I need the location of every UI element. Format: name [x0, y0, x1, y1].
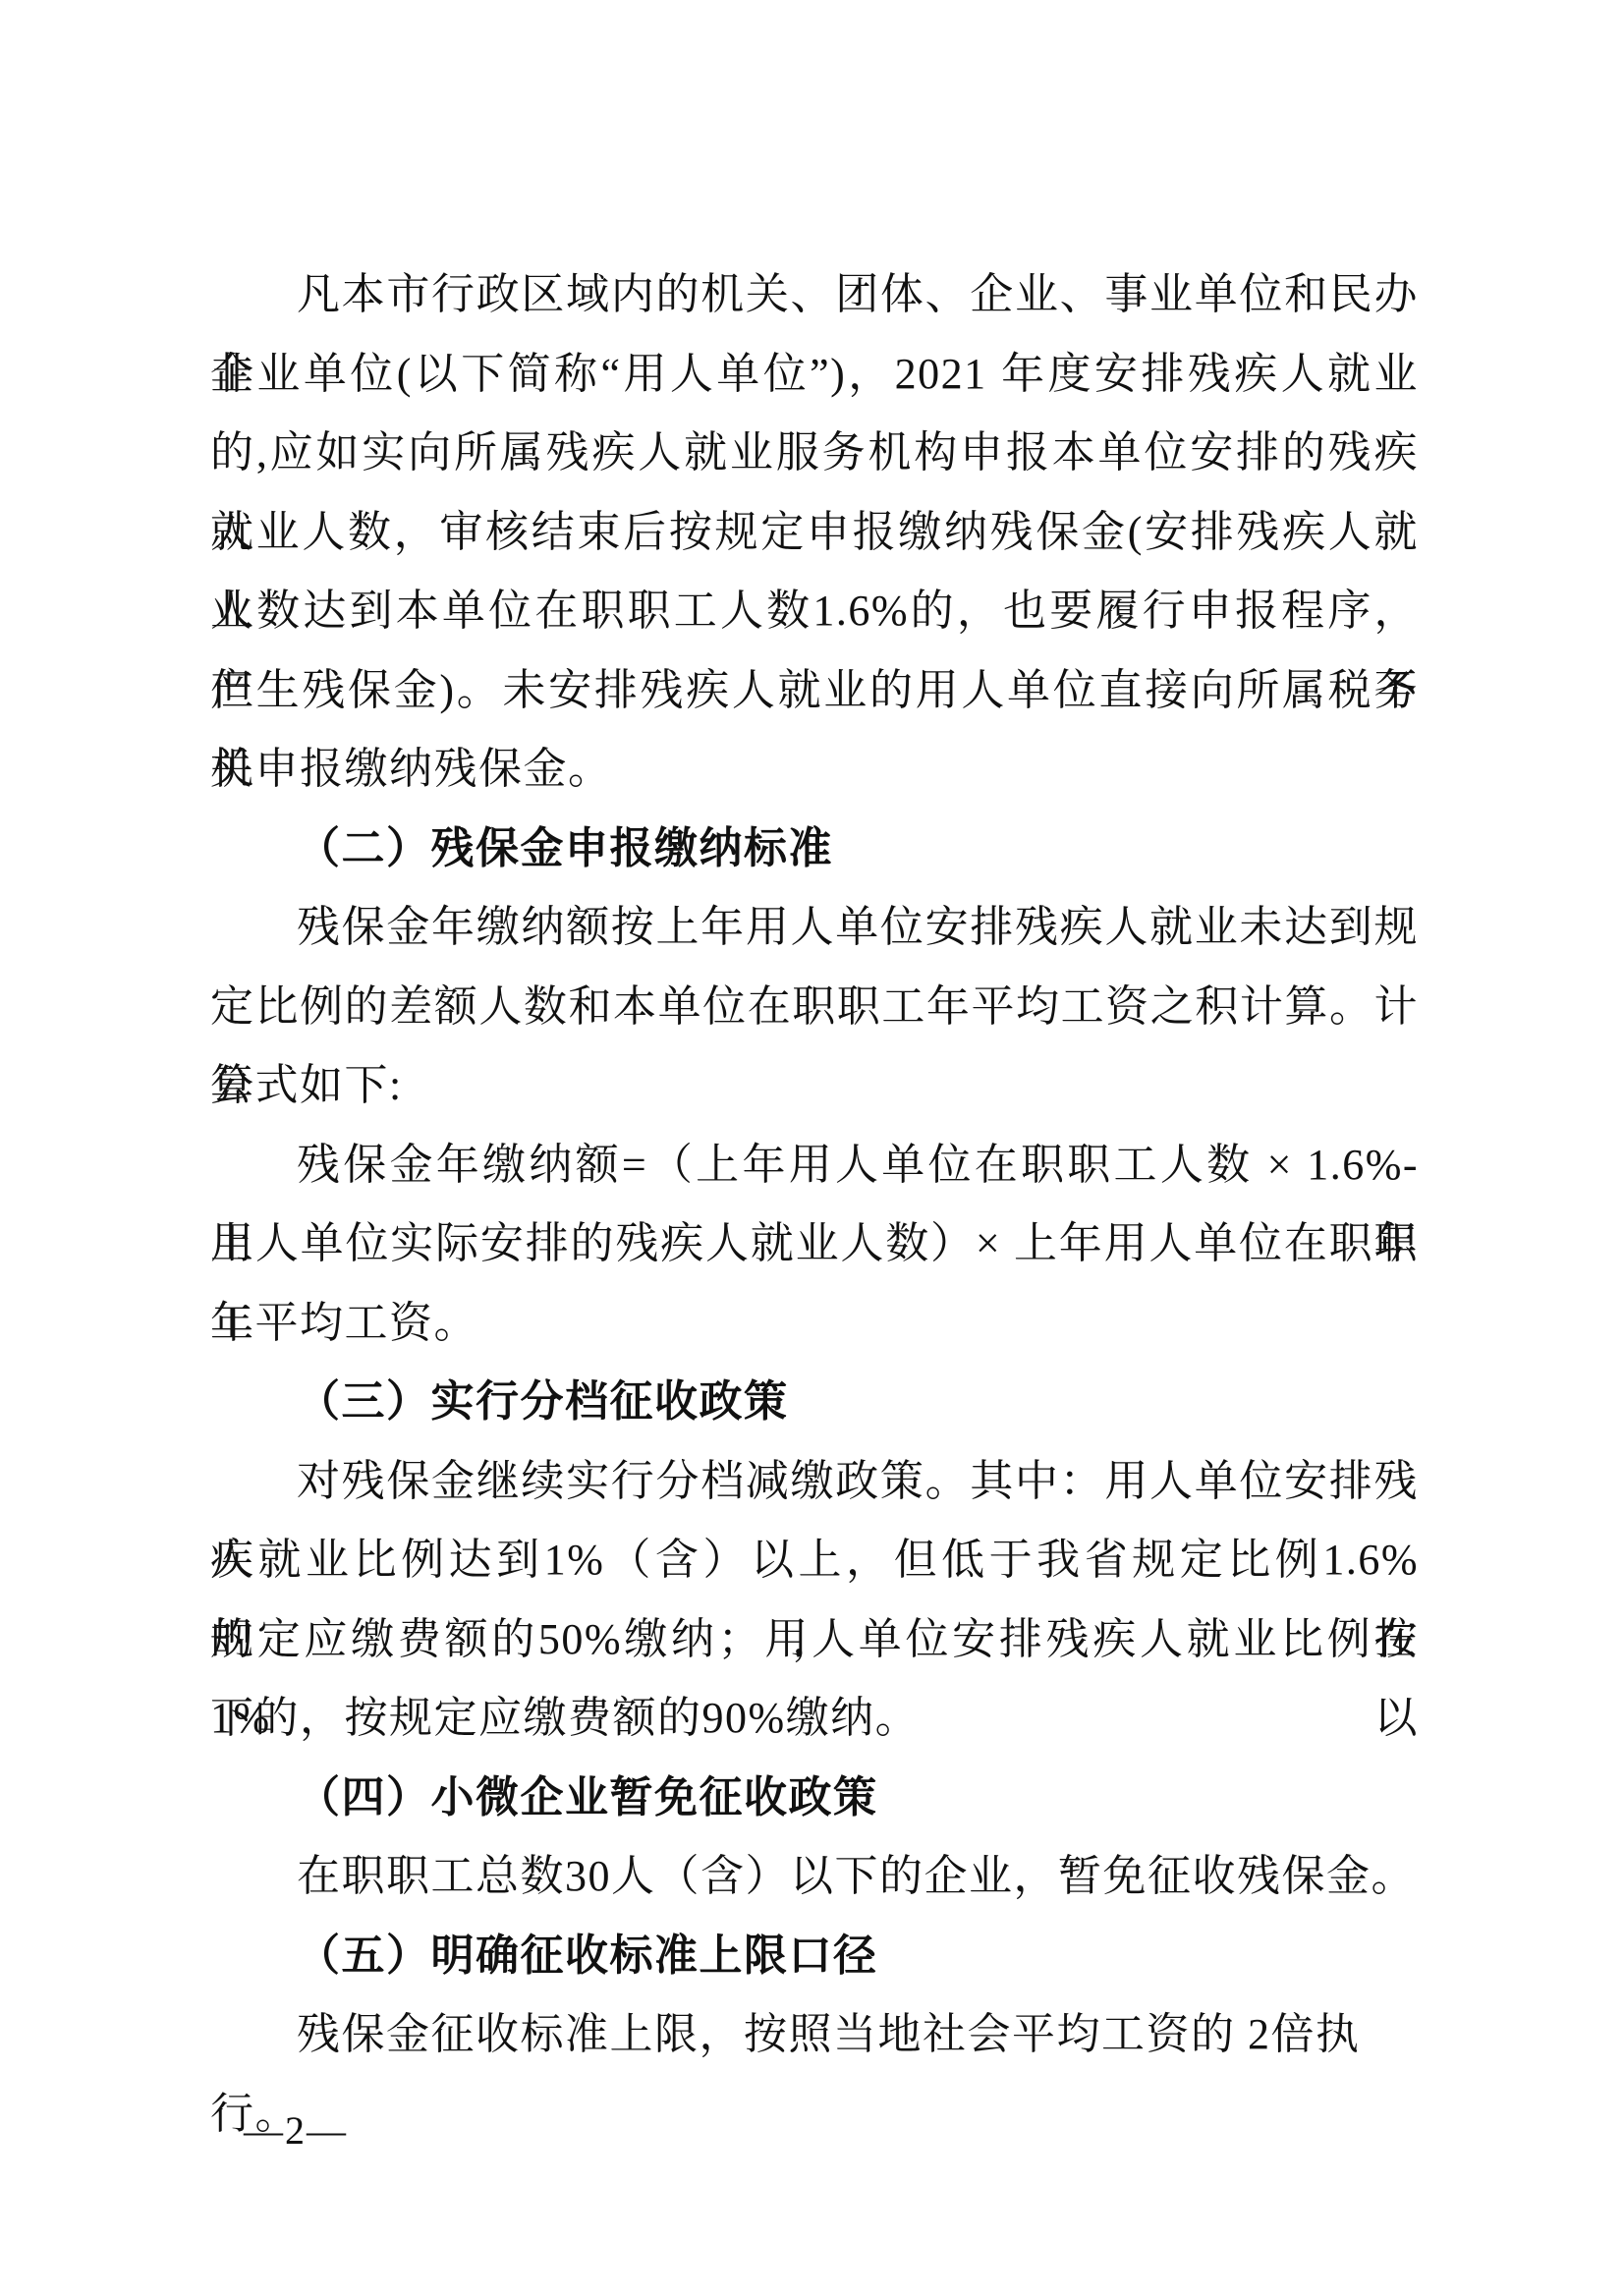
section-heading: （三）实行分档征收政策: [210, 1363, 1419, 1442]
text-line: 残保金征收标准上限，按照当地社会平均工资的 2倍执行。: [210, 1995, 1419, 2075]
text-line: 关申报缴纳残保金。: [210, 730, 1419, 810]
text-line: 残保金年缴纳额按上年用人单位安排残疾人就业未达到规: [210, 888, 1419, 968]
text-line: 凡本市行政区域内的机关、团体、企业、事业单位和民办非: [210, 255, 1419, 335]
page-number: —2—: [244, 2109, 348, 2153]
section-heading: （四）小微企业暂免征收政策: [210, 1759, 1419, 1838]
text-line: 企业单位(以下简称“用人单位”)，2021 年度安排残疾人就业: [210, 335, 1419, 415]
text-line: 的,应如实向所属残疾人就业服务机构申报本单位安排的残疾人: [210, 414, 1419, 493]
section-heading: （二）残保金申报缴纳标准: [210, 810, 1419, 889]
text-line: 就业人数，审核结束后按规定申报缴纳残保金(安排残疾人就业: [210, 493, 1419, 573]
text-line: 规定应缴费额的50%缴纳；用人单位安排残疾人就业比例在1%以: [210, 1600, 1419, 1680]
text-line: 人就业比例达到1%（含）以上，但低于我省规定比例1.6%的，按: [210, 1521, 1419, 1600]
text-line: 用人单位实际安排的残疾人就业人数）× 上年用人单位在职职工: [210, 1204, 1419, 1284]
document-page: 凡本市行政区域内的机关、团体、企业、事业单位和民办非企业单位(以下简称“用人单位…: [0, 0, 1624, 2296]
text-line: 在职职工总数30人（含）以下的企业，暂免征收残保金。: [210, 1837, 1419, 1917]
text-line: 公式如下:: [210, 1046, 1419, 1126]
text-line: 年平均工资。: [210, 1284, 1419, 1364]
section-heading: （五）明确征收标准上限口径: [210, 1917, 1419, 1996]
document-body-text: 凡本市行政区域内的机关、团体、企业、事业单位和民办非企业单位(以下简称“用人单位…: [210, 255, 1419, 2075]
text-line: 定比例的差额人数和本单位在职职工年平均工资之积计算。计算: [210, 968, 1419, 1047]
text-line: 人数达到本单位在职职工人数1.6%的，也要履行申报程序，但不: [210, 572, 1419, 651]
text-line: 产生残保金)。未安排残疾人就业的用人单位直接向所属税务机: [210, 651, 1419, 731]
text-line: 对残保金继续实行分档减缴政策。其中：用人单位安排残疾: [210, 1442, 1419, 1522]
text-line: 残保金年缴纳额=（上年用人单位在职职工人数 × 1.6%-上年: [210, 1126, 1419, 1205]
